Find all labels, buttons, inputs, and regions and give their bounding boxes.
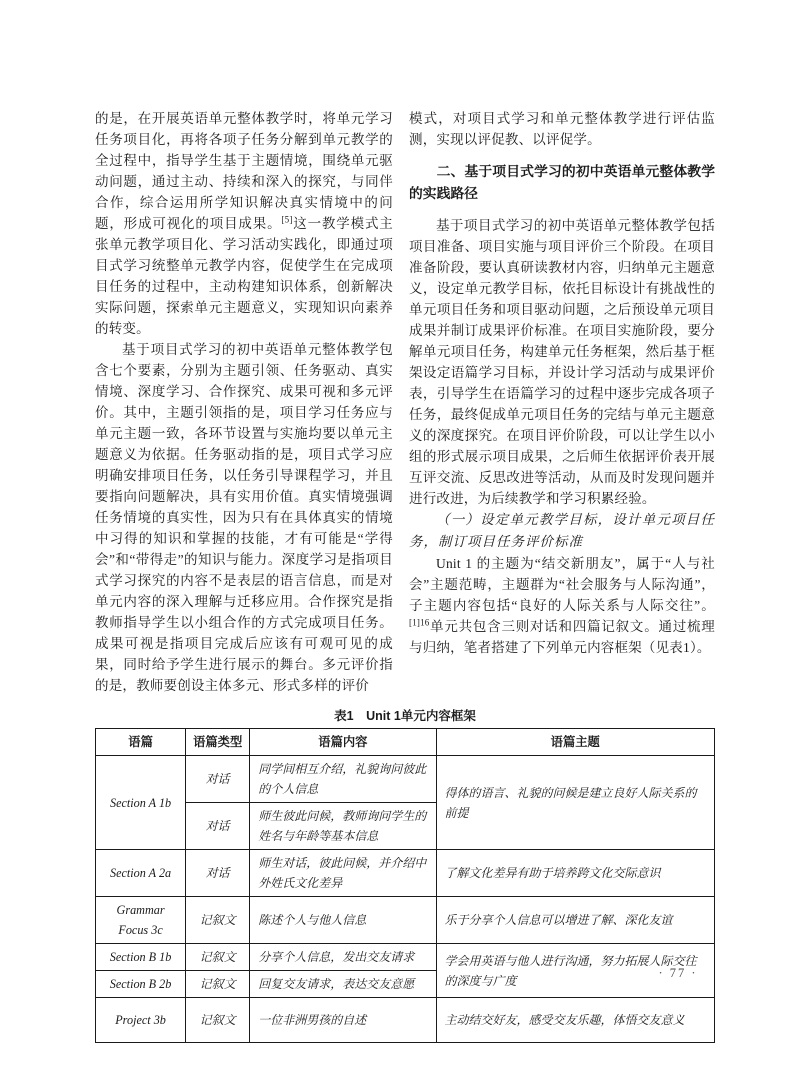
body-paragraph-continued: 的是，在开展英语单元整体教学时，将单元学习任务项目化，再将各项子任务分解到单元教… [95, 108, 393, 339]
column-header-discourse: 语篇 [96, 729, 186, 756]
table-cell-content: 师生彼此问候，教师询问学生的姓名与年龄等基本信息 [250, 803, 436, 850]
table-cell-type: 记叙文 [186, 897, 250, 944]
citation-marker-5: [5] [281, 215, 292, 225]
table-cell-type: 对话 [186, 850, 250, 897]
table-cell-content: 回复交友请求，表达交友意愿 [250, 971, 436, 998]
table-cell-theme: 得体的语言、礼貌的问候是建立良好人际关系的前提 [436, 756, 714, 850]
body-paragraph: 基于项目式学习的初中英语单元整体教学包含七个要素，分别为主题引领、任务驱动、真实… [95, 339, 393, 696]
table-cell-discourse: Section B 2b [96, 971, 186, 998]
column-header-content: 语篇内容 [250, 729, 436, 756]
table-cell-content: 陈述个人与他人信息 [250, 897, 436, 944]
left-column: 的是，在开展英语单元整体教学时，将单元学习任务项目化，再将各项子任务分解到单元教… [95, 108, 393, 696]
paragraph-text: 的是，在开展英语单元整体教学时，将单元学习任务项目化，再将各项子任务分解到单元教… [95, 111, 393, 231]
table-row: Project 3b 记叙文 一位非洲男孩的自述 主动结交好友，感受交友乐趣，体… [96, 998, 715, 1043]
table-cell-content: 一位非洲男孩的自述 [250, 998, 436, 1043]
table-row: Section A 1b 对话 同学间相互介绍，礼貌询问彼此的个人信息 得体的语… [96, 756, 715, 803]
table-cell-content: 同学间相互介绍，礼貌询问彼此的个人信息 [250, 756, 436, 803]
section-heading: 二、基于项目式学习的初中英语单元整体教学的实践路径 [409, 161, 715, 205]
paragraph-text: Unit 1 的主题为“结交新朋友”，属于“人与社会”主题范畴，主题群为“社会服… [409, 556, 715, 613]
page-number: · 77 · [628, 966, 728, 981]
table-cell-discourse: Section A 2a [96, 850, 186, 897]
table-row: Section B 1b 记叙文 分享个人信息，发出交友请求 学会用英语与他人进… [96, 944, 715, 971]
table-caption: 表1 Unit 1单元内容框架 [95, 706, 715, 724]
table-cell-theme: 主动结交好友，感受交友乐趣，体悟交友意义 [436, 998, 714, 1043]
table-cell-theme: 乐于分享个人信息可以增进了解、深化友谊 [436, 897, 714, 944]
paragraph-text: 单元共包含三则对话和四篇记叙文。通过梳理与归纳，笔者搭建了下列单元内容框架（见表… [409, 619, 715, 655]
table-header-row: 语篇 语篇类型 语篇内容 语篇主题 [96, 729, 715, 756]
table-row: Grammar Focus 3c 记叙文 陈述个人与他人信息 乐于分享个人信息可… [96, 897, 715, 944]
column-header-theme: 语篇主题 [436, 729, 714, 756]
body-paragraph: Unit 1 的主题为“结交新朋友”，属于“人与社会”主题范畴，主题群为“社会服… [409, 553, 715, 658]
body-paragraph: 基于项目式学习的初中英语单元整体教学包括项目准备、项目实施与项目评价三个阶段。在… [409, 215, 715, 509]
table-cell-type: 对话 [186, 756, 250, 803]
table-cell-theme: 了解文化差异有助于培养跨文化交际意识 [436, 850, 714, 897]
table-cell-type: 对话 [186, 803, 250, 850]
unit-content-framework-table: 语篇 语篇类型 语篇内容 语篇主题 Section A 1b 对话 同学间相互介… [95, 728, 715, 1043]
right-column: 模式，对项目式学习和单元整体教学进行评估监测，实现以评促教、以评促学。 二、基于… [409, 108, 715, 658]
body-paragraph-continued: 模式，对项目式学习和单元整体教学进行评估监测，实现以评促教、以评促学。 [409, 108, 715, 150]
table-cell-content: 分享个人信息，发出交友请求 [250, 944, 436, 971]
table-cell-type: 记叙文 [186, 971, 250, 998]
table-cell-type: 记叙文 [186, 998, 250, 1043]
table-cell-content: 师生对话，彼此问候，并介绍中外姓氏文化差异 [250, 850, 436, 897]
table-cell-type: 记叙文 [186, 944, 250, 971]
subsection-heading: （一）设定单元教学目标，设计单元项目任务，制订项目任务评价标准 [409, 509, 715, 553]
table-cell-discourse: Section B 1b [96, 944, 186, 971]
journal-page: 的是，在开展英语单元整体教学时，将单元学习任务项目化，再将各项子任务分解到单元教… [0, 0, 800, 1077]
table-row: Section A 2a 对话 师生对话，彼此问候，并介绍中外姓氏文化差异 了解… [96, 850, 715, 897]
table-cell-discourse: Project 3b [96, 998, 186, 1043]
paragraph-text: 这一教学模式主张单元教学项目化、学习活动实践化，即通过项目式学习统整单元教学内容… [95, 216, 393, 336]
citation-marker-1-p16: [1]16 [409, 618, 430, 628]
table-cell-discourse: Section A 1b [96, 756, 186, 850]
column-header-type: 语篇类型 [186, 729, 250, 756]
two-column-text: 的是，在开展英语单元整体教学时，将单元学习任务项目化，再将各项子任务分解到单元教… [95, 108, 715, 696]
table-cell-discourse: Grammar Focus 3c [96, 897, 186, 944]
